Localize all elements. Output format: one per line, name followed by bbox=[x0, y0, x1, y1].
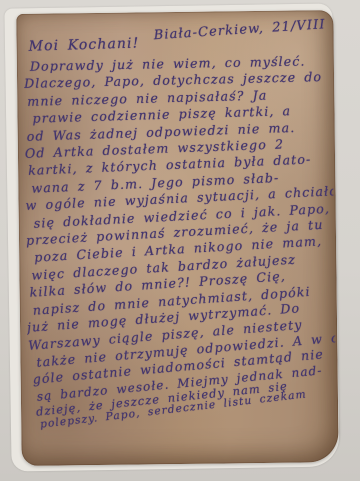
letter-body: Doprawdy już nie wiem, co myśleć.Dlaczeg… bbox=[24, 54, 337, 462]
postcard-paper: Biała-Cerkiew, 21/VIII Moi Kochani! Dopr… bbox=[16, 10, 338, 466]
letter-salutation: Moi Kochani! bbox=[28, 35, 139, 54]
letter-dateline: Biała-Cerkiew, 21/VIII bbox=[153, 17, 326, 43]
